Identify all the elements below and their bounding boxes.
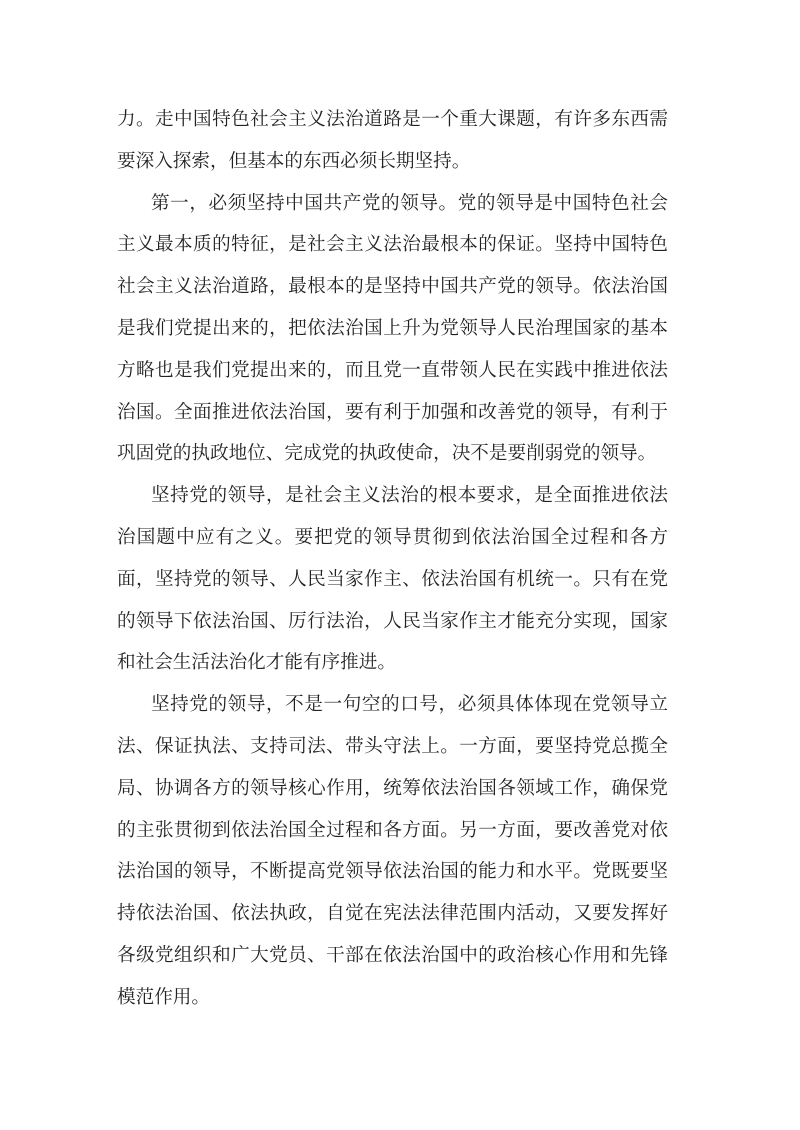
text-line: 力。走中国特色社会主义法治道路是一个重大课题，有许多东西需 — [117, 98, 668, 140]
text-line: 的主张贯彻到依法治国全过程和各方面。另一方面，要改善党对依 — [117, 809, 668, 851]
text-line: 持依法治国、依法执政，自觉在宪法法律范围内活动，又要发挥好 — [117, 892, 668, 934]
text-line: 和社会生活法治化才能有序推进。 — [117, 641, 668, 683]
text-line: 的领导下依法治国、厉行法治，人民当家作主才能充分实现，国家 — [117, 600, 668, 642]
paragraph: 坚持党的领导，是社会主义法治的根本要求，是全面推进依法治国题中应有之义。要把党的… — [117, 474, 668, 683]
text-line: 坚持党的领导，不是一句空的口号，必须具体体现在党领导立 — [117, 683, 668, 725]
text-line: 面，坚持党的领导、人民当家作主、依法治国有机统一。只有在党 — [117, 558, 668, 600]
document-text: 力。走中国特色社会主义法治道路是一个重大课题，有许多东西需要深入探索，但基本的东… — [117, 98, 668, 1018]
paragraph: 力。走中国特色社会主义法治道路是一个重大课题，有许多东西需要深入探索，但基本的东… — [117, 98, 668, 182]
text-line: 第一，必须坚持中国共产党的领导。党的领导是中国特色社会 — [117, 182, 668, 224]
text-line: 法、保证执法、支持司法、带头守法上。一方面，要坚持党总揽全 — [117, 725, 668, 767]
text-line: 治国题中应有之义。要把党的领导贯彻到依法治国全过程和各方 — [117, 516, 668, 558]
text-line: 法治国的领导，不断提高党领导依法治国的能力和水平。党既要坚 — [117, 850, 668, 892]
text-line: 要深入探索，但基本的东西必须长期坚持。 — [117, 140, 668, 182]
text-line: 局、协调各方的领导核心作用，统筹依法治国各领域工作，确保党 — [117, 767, 668, 809]
text-line: 社会主义法治道路，最根本的是坚持中国共产党的领导。依法治国 — [117, 265, 668, 307]
text-line: 各级党组织和广大党员、干部在依法治国中的政治核心作用和先锋 — [117, 934, 668, 976]
text-line: 模范作用。 — [117, 976, 668, 1018]
text-line: 方略也是我们党提出来的，而且党一直带领人民在实践中推进依法 — [117, 349, 668, 391]
paragraph: 坚持党的领导，不是一句空的口号，必须具体体现在党领导立法、保证执法、支持司法、带… — [117, 683, 668, 1017]
text-line: 巩固党的执政地位、完成党的执政使命，决不是要削弱党的领导。 — [117, 432, 668, 474]
text-line: 治国。全面推进依法治国，要有利于加强和改善党的领导，有利于 — [117, 391, 668, 433]
paragraph: 第一，必须坚持中国共产党的领导。党的领导是中国特色社会主义最本质的特征，是社会主… — [117, 182, 668, 475]
text-line: 是我们党提出来的，把依法治国上升为党领导人民治理国家的基本 — [117, 307, 668, 349]
document-page: 力。走中国特色社会主义法治道路是一个重大课题，有许多东西需要深入探索，但基本的东… — [0, 0, 800, 1130]
text-line: 坚持党的领导，是社会主义法治的根本要求，是全面推进依法 — [117, 474, 668, 516]
text-line: 主义最本质的特征，是社会主义法治最根本的保证。坚持中国特色 — [117, 223, 668, 265]
